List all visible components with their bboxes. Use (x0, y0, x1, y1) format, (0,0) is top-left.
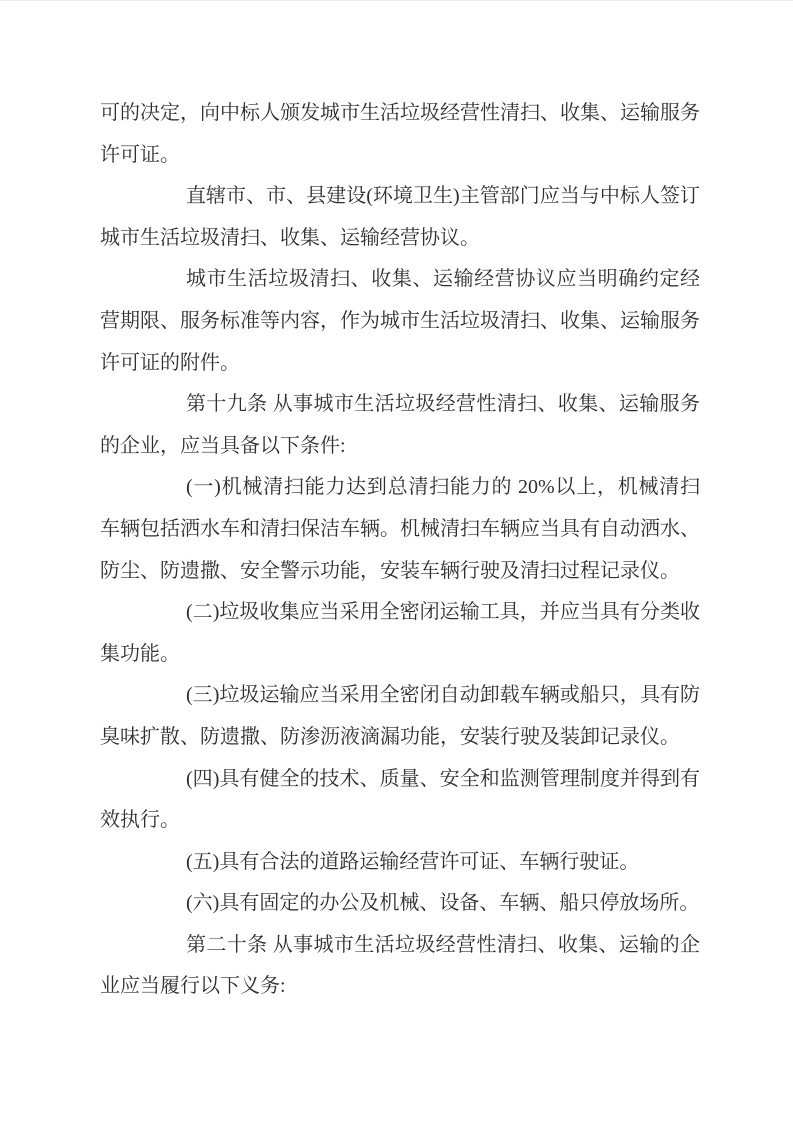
document-page: 可的决定，向中标人颁发城市生活垃圾经营性清扫、收集、运输服务许可证。 直辖市、市… (0, 0, 793, 1122)
para-article-20-intro: 第二十条 从事城市生活垃圾经营性清扫、收集、运输的企业应当履行以下义务: (100, 925, 700, 1008)
para-article-19-item-1: (一)机械清扫能力达到总清扫能力的 20%以上，机械清扫车辆包括洒水车和清扫保洁… (100, 467, 700, 592)
para-article-19-item-3: (三)垃圾运输应当采用全密闭自动卸载车辆或船只，具有防臭味扩散、防遗撒、防渗沥液… (100, 675, 700, 758)
para-article-19-item-2: (二)垃圾收集应当采用全密闭运输工具，并应当具有分类收集功能。 (100, 592, 700, 675)
para-article-19-intro: 第十九条 从事城市生活垃圾经营性清扫、收集、运输服务的企业，应当具备以下条件: (100, 384, 700, 467)
para-article-19-item-4: (四)具有健全的技术、质量、安全和监测管理制度并得到有效执行。 (100, 759, 700, 842)
para-article-19-item-5: (五)具有合法的道路运输经营许可证、车辆行驶证。 (100, 842, 700, 884)
document-body: 可的决定，向中标人颁发城市生活垃圾经营性清扫、收集、运输服务许可证。 直辖市、市… (100, 93, 700, 1008)
para-agreement-contents: 城市生活垃圾清扫、收集、运输经营协议应当明确约定经营期限、服务标准等内容，作为城… (100, 259, 700, 384)
para-agreement-signing: 直辖市、市、县建设(环境卫生)主管部门应当与中标人签订城市生活垃圾清扫、收集、运… (100, 176, 700, 259)
para-article-19-item-6: (六)具有固定的办公及机械、设备、车辆、船只停放场所。 (100, 883, 700, 925)
para-license-issuance-continued: 可的决定，向中标人颁发城市生活垃圾经营性清扫、收集、运输服务许可证。 (100, 93, 700, 176)
